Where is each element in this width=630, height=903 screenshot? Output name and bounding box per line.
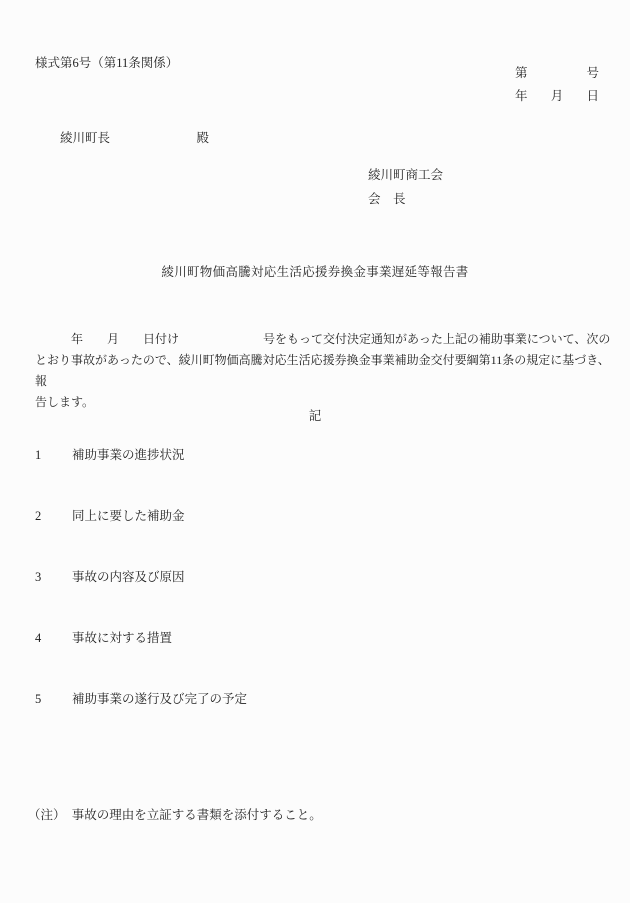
- item-number: 3: [35, 568, 72, 586]
- date-year-label: 年: [515, 87, 528, 105]
- item-label: 事故の内容及び原因: [72, 570, 185, 584]
- list-item: 5補助事業の遂行及び完了の予定: [35, 690, 247, 708]
- form-number: 様式第6号（第11条関係）: [35, 54, 178, 72]
- note: （注） 事故の理由を立証する書類を添付すること。: [28, 806, 322, 824]
- record-marker: 記: [0, 407, 630, 425]
- item-number: 2: [35, 507, 72, 525]
- date-row: 年 月 日: [515, 87, 599, 105]
- sender-organization: 綾川町商工会: [368, 166, 443, 184]
- body-line-2: とおり事故があったので、綾川町物価高騰対応生活応援券換金事業補助金交付要綱第11…: [35, 350, 612, 392]
- doc-number-prefix: 第: [515, 64, 528, 82]
- item-number: 1: [35, 446, 72, 464]
- list-item: 3事故の内容及び原因: [35, 568, 185, 586]
- doc-number-suffix: 号: [586, 64, 599, 82]
- item-number: 4: [35, 629, 72, 647]
- body-paragraph: 年 月 日付け 号をもって交付決定通知があった上記の補助事業について、次の とお…: [35, 329, 612, 413]
- item-label: 補助事業の遂行及び完了の予定: [72, 692, 247, 706]
- item-number: 5: [35, 690, 72, 708]
- list-item: 1補助事業の進捗状況: [35, 446, 185, 464]
- addressee-row: 綾川町長 殿: [60, 129, 209, 147]
- date-month-label: 月: [551, 87, 564, 105]
- addressee-honorific: 殿: [196, 129, 209, 147]
- item-label: 事故に対する措置: [72, 631, 172, 645]
- document-title: 綾川町物価高騰対応生活応援券換金事業遅延等報告書: [0, 263, 630, 281]
- document-page: 様式第6号（第11条関係） 第 号 年 月 日 綾川町長 殿 綾川町商工会 会 …: [0, 0, 630, 903]
- item-label: 同上に要した補助金: [72, 509, 185, 523]
- doc-number-row: 第 号: [515, 64, 599, 82]
- date-day-label: 日: [586, 87, 599, 105]
- sender-title: 会 長: [368, 190, 406, 208]
- addressee-name: 綾川町長: [60, 129, 110, 147]
- body-line-1: 年 月 日付け 号をもって交付決定通知があった上記の補助事業について、次の: [35, 329, 612, 350]
- list-item: 4事故に対する措置: [35, 629, 172, 647]
- item-label: 補助事業の進捗状況: [72, 448, 185, 462]
- list-item: 2同上に要した補助金: [35, 507, 185, 525]
